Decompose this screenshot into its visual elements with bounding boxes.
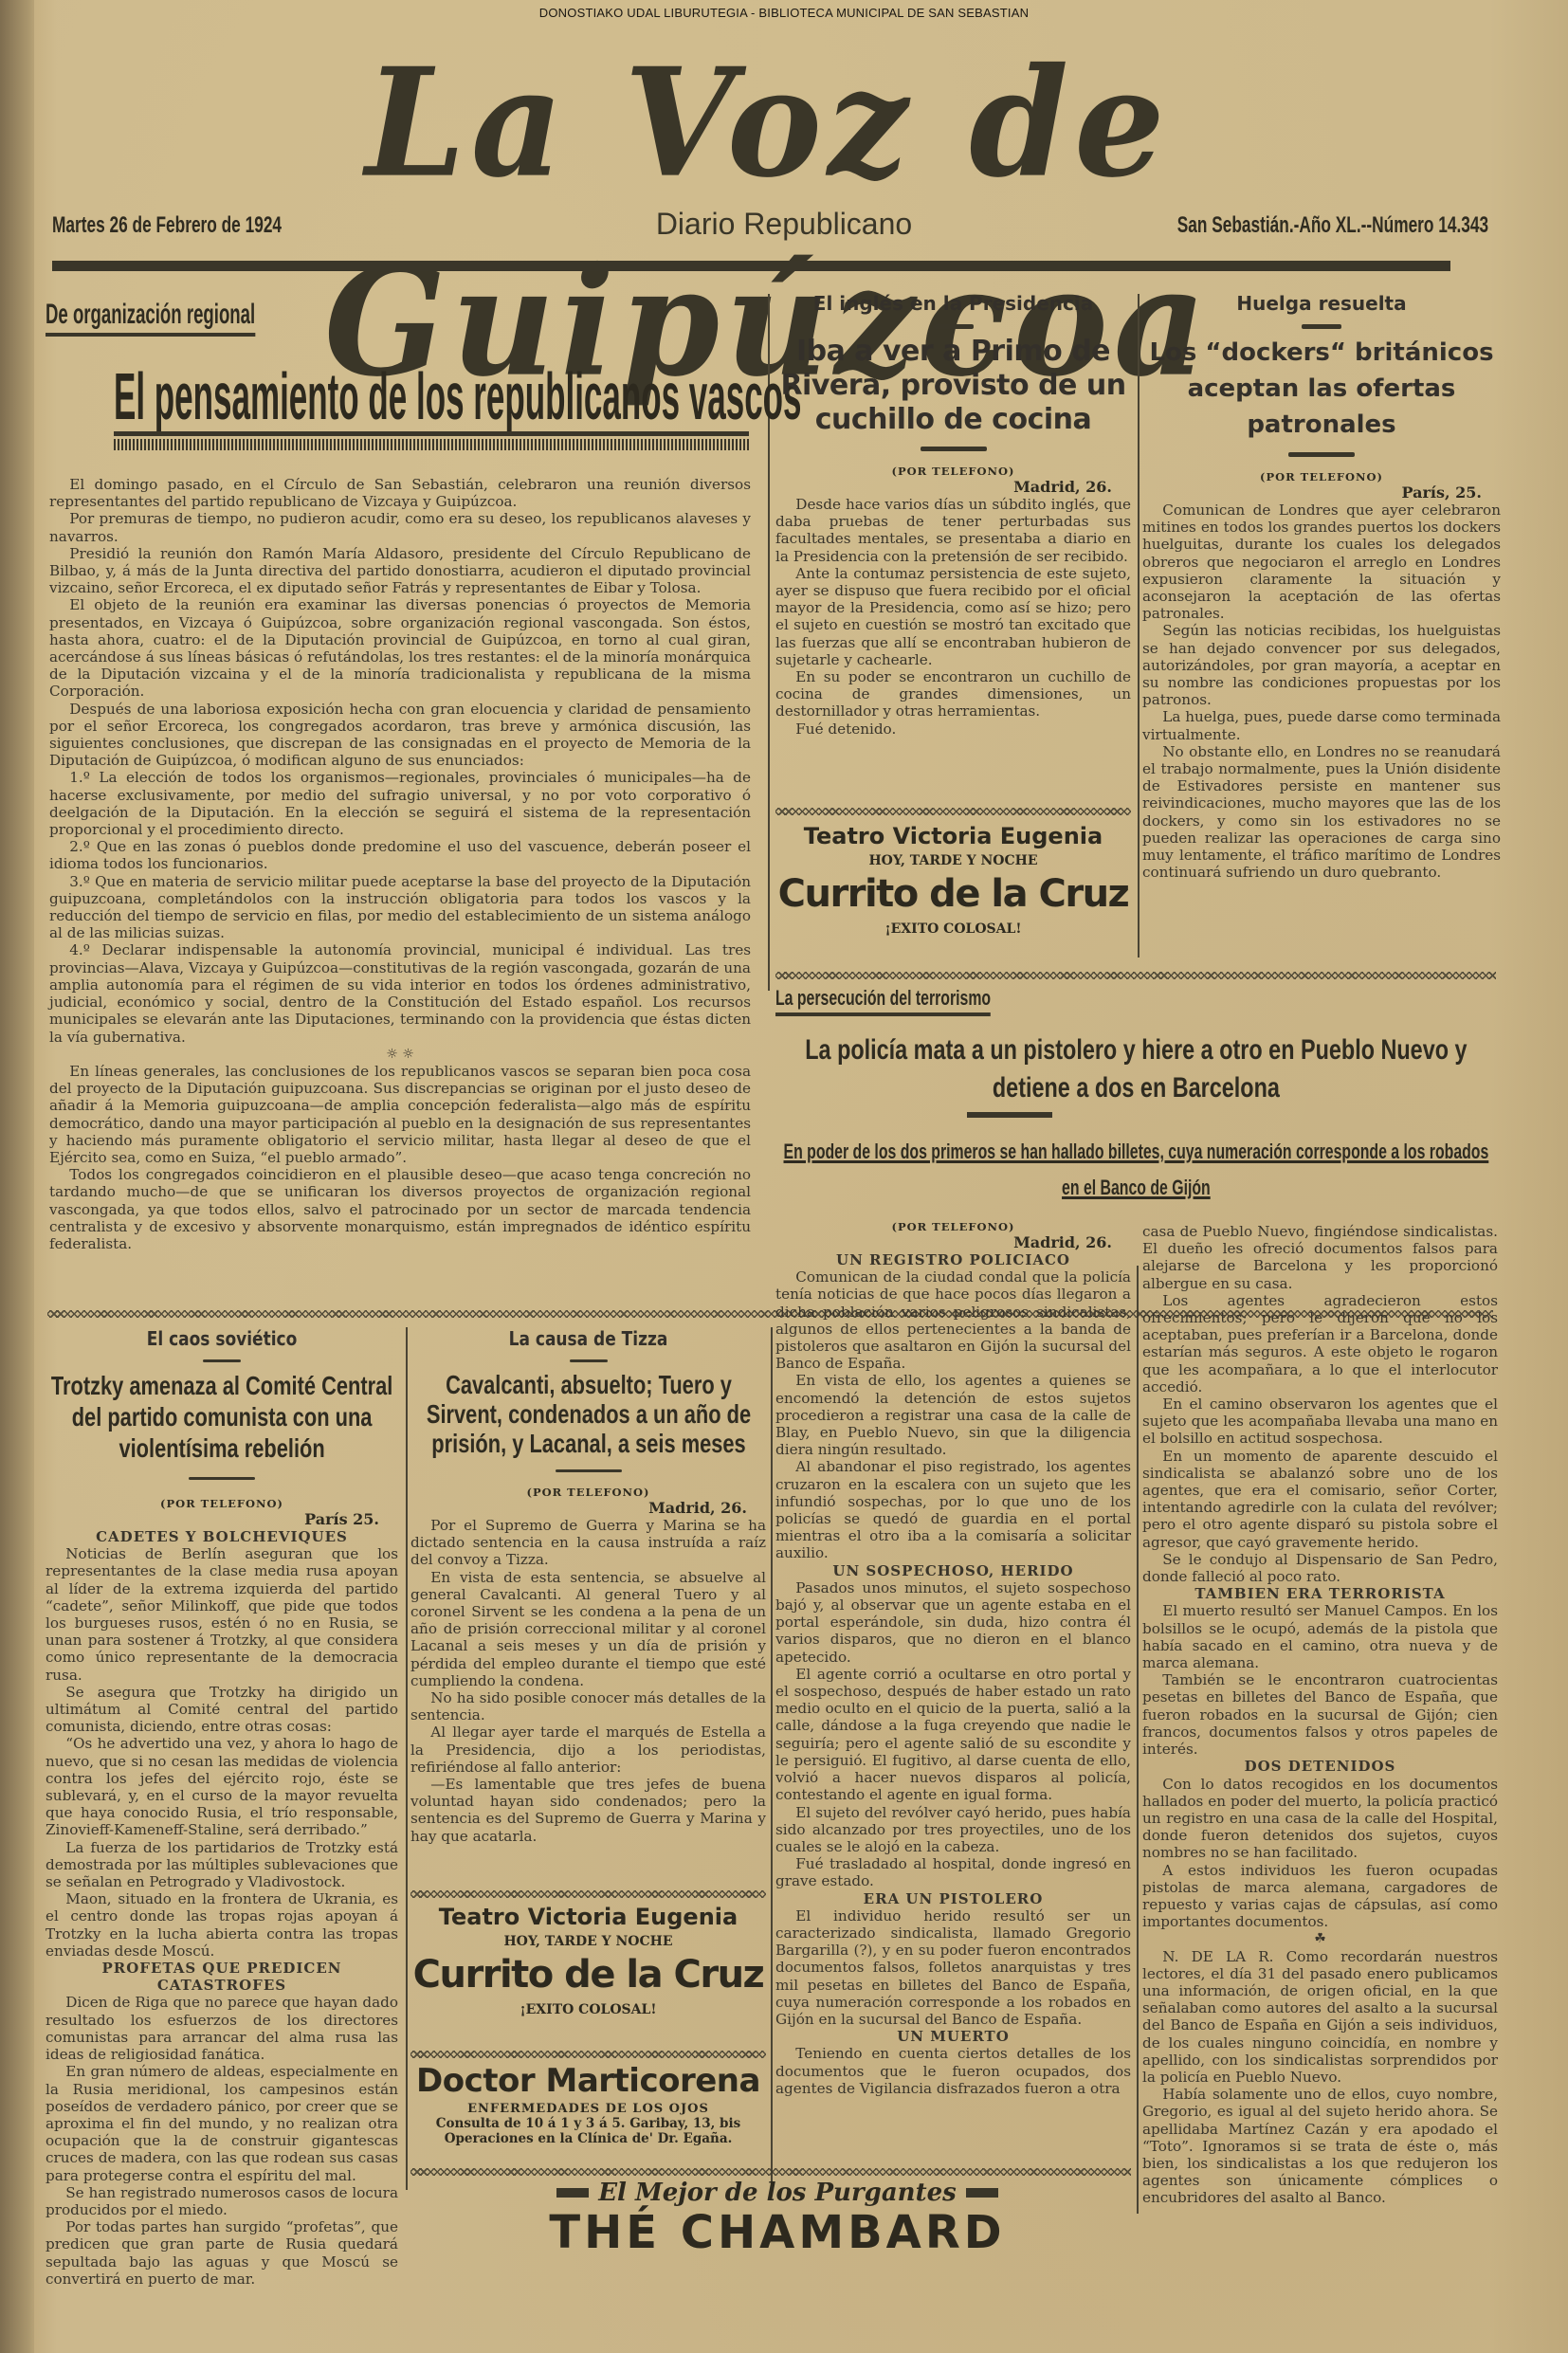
library-credit: DONOSTIAKO UDAL LIBURUTEGIA - BIBLIOTECA…	[0, 6, 1568, 20]
lead-kicker-wrap: De organización regional	[46, 299, 384, 337]
paragraph: La fuerza de los partidarios de Trotzky …	[46, 1839, 398, 1891]
lead-body: El domingo pasado, en el Círculo de San …	[49, 476, 751, 1252]
paragraph: Desde hace varios días un súbdito inglés…	[775, 496, 1131, 565]
issue-number: San Sebastián.-Año XL.--Número 14.343	[1177, 212, 1488, 239]
paragraph: Se han registrado numerosos casos de loc…	[46, 2184, 398, 2218]
chambard-slogan: El Mejor de los Purgantes	[598, 2179, 957, 2207]
doctor-ad: Doctor Marticorena ENFERMEDADES DE LOS O…	[410, 2062, 766, 2146]
paragraph: Había solamente uno de ellos, cuyo nombr…	[1142, 2086, 1498, 2206]
terror-deck-wrap: En poder de los dos primeros se han hall…	[775, 1134, 1496, 1206]
paragraph: Se le condujo al Dispensario de San Pedr…	[1142, 1551, 1498, 1585]
paragraph: N. DE LA R. Como recordarán nuestros lec…	[1142, 1948, 1498, 2087]
paragraph: Por premuras de tiempo, no pudieron acud…	[49, 510, 751, 544]
paragraph: Fué detenido.	[775, 720, 1131, 738]
paragraph: Después de una laboriosa exposición hech…	[49, 701, 751, 770]
trotzky-city: París 25.	[46, 1510, 398, 1528]
paragraph: Dicen de Riga que no parece que hayan da…	[46, 1994, 398, 2063]
subheading: UN MUERTO	[775, 2028, 1131, 2045]
paragraph: Los agentes agradecieron estos ofrecimie…	[1142, 1292, 1498, 1395]
theatre-show-title: Currito de la Cruz	[775, 872, 1131, 916]
terror-col2: casa de Pueblo Nuevo, fingiéndose sindic…	[1142, 1223, 1498, 2207]
paragraph: Presidió la reunión don Ramón María Alda…	[49, 545, 751, 597]
column-divider	[1137, 1266, 1139, 2214]
paragraph: Se asegura que Trotzky ha dirigido un ul…	[46, 1684, 398, 1736]
section-divider	[410, 1890, 766, 1898]
trotzky-article: El caos soviético Trotzky amenaza al Com…	[46, 1327, 398, 2288]
paragraph: El muerto resultó ser Manuel Campos. En …	[1142, 1602, 1498, 1671]
huelga-headline: Los “dockers“ británicos aceptan las ofe…	[1142, 335, 1501, 443]
paragraph: 3.º Que en materia de servicio militar p…	[49, 873, 751, 942]
headline-rule	[114, 431, 749, 436]
section-divider	[775, 808, 1131, 815]
paragraph: Ante la contumaz persistencia de este su…	[775, 565, 1131, 668]
theatre-ad: Teatro Victoria Eugenia HOY, TARDE Y NOC…	[775, 823, 1131, 937]
paragraph: Maon, situado en la frontera de Ukrania,…	[46, 1890, 398, 1960]
theatre-tagline: ¡EXITO COLOSAL!	[410, 2002, 766, 2017]
separator-ornament: ☘	[1142, 1930, 1498, 1947]
masthead-title: La Voz de Guipúzcoa	[47, 24, 1488, 223]
paragraph: Comunican de la ciudad condal que la pol…	[775, 1268, 1131, 1372]
paragraph: Por el Supremo de Guerra y Marina se ha …	[410, 1517, 766, 1569]
lead-headline: El pensamiento de los republicanos vasco…	[114, 358, 802, 434]
paragraph: Según las noticias recibidas, los huelgu…	[1142, 622, 1501, 708]
trotzky-kicker: El caos soviético	[72, 1327, 372, 1350]
paragraph: El domingo pasado, en el Círculo de San …	[49, 476, 751, 510]
paragraph: El sujeto del revólver cayó herido, pues…	[775, 1804, 1131, 1856]
ingles-telefono: (POR TELEFONO)	[775, 465, 1131, 478]
column-divider	[1138, 294, 1140, 958]
tizza-article: La causa de Tizza Cavalcanti, absuelto; …	[410, 1327, 766, 1845]
masthead-rule	[52, 261, 1450, 271]
paragraph: “Os he advertido una vez, y ahora lo hag…	[46, 1735, 398, 1838]
paragraph: El individuo herido resultó ser un carac…	[775, 1907, 1131, 2028]
subheading: UN SOSPECHOSO, HERIDO	[775, 1562, 1131, 1579]
terror-city: Madrid, 26.	[775, 1233, 1131, 1251]
tizza-telefono: (POR TELEFONO)	[410, 1486, 766, 1499]
theatre-when: HOY, TARDE Y NOCHE	[775, 853, 1131, 868]
huelga-telefono: (POR TELEFONO)	[1142, 470, 1501, 483]
ingles-body: Desde hace varios días un súbdito inglés…	[775, 496, 1131, 738]
paragraph: El agente corrió a ocultarse en otro por…	[775, 1666, 1131, 1804]
huelga-city: París, 25.	[1142, 483, 1501, 502]
theatre-name: Teatro Victoria Eugenia	[775, 823, 1131, 849]
subheading: ERA UN PISTOLERO	[775, 1890, 1131, 1907]
chambard-brand: THÉ CHAMBARD	[403, 2207, 1152, 2258]
paragraph: Pasados unos minutos, el sujeto sospecho…	[775, 1579, 1131, 1666]
paragraph: La huelga, pues, puede darse como termin…	[1142, 708, 1501, 742]
ornament	[1302, 324, 1341, 329]
tizza-headline: Cavalcanti, absuelto; Tuero y Sirvent, c…	[410, 1370, 765, 1458]
ingles-headline: Iba a ver a Primo de Rivera, provisto de…	[775, 335, 1131, 437]
tizza-kicker: La causa de Tizza	[437, 1327, 739, 1350]
chambard-ad: El Mejor de los Purgantes THÉ CHAMBARD	[403, 2179, 1152, 2258]
doctor-operations: Operaciones en la Clínica de' Dr. Egaña.	[410, 2131, 766, 2146]
subheading: DOS DETENIDOS	[1142, 1758, 1498, 1775]
theatre-ad-2: Teatro Victoria Eugenia HOY, TARDE Y NOC…	[410, 1904, 766, 2017]
ornament	[967, 1112, 1052, 1118]
terror-headline: La policía mata a un pistolero y hiere a…	[776, 1031, 1496, 1107]
paragraph: Todos los congregados coincidieron en el…	[49, 1166, 751, 1252]
ornament	[1288, 452, 1355, 457]
ornament	[556, 1469, 622, 1472]
ingles-article: El inglés en la Presidencia Iba a ver a …	[775, 292, 1131, 738]
paragraph: 2.º Que en las zonas ó pueblos donde pre…	[49, 838, 751, 872]
ornament-bar	[966, 2188, 998, 2198]
huelga-body: Comunican de Londres que ayer celebraron…	[1142, 502, 1501, 881]
terror-body-col2: casa de Pueblo Nuevo, fingiéndose sindic…	[1142, 1223, 1498, 2207]
trotzky-body: CADETES Y BOLCHEVIQUESNoticias de Berlín…	[46, 1528, 398, 2288]
paragraph: Fué trasladado al hospital, donde ingres…	[775, 1855, 1131, 1889]
subheading: UN REGISTRO POLICIACO	[775, 1251, 1131, 1268]
column-divider	[406, 1327, 408, 2190]
paragraph: —Es lamentable que tres jefes de buena v…	[410, 1776, 766, 1845]
paragraph: El objeto de la reunión era examinar las…	[49, 596, 751, 700]
paragraph: En el camino observaron los agentes que …	[1142, 1395, 1498, 1448]
paragraph: Noticias de Berlín aseguran que los repr…	[46, 1545, 398, 1684]
terror-body-col1: UN REGISTRO POLICIACOComunican de la ciu…	[775, 1251, 1131, 2097]
newspaper-page: DONOSTIAKO UDAL LIBURUTEGIA - BIBLIOTECA…	[0, 0, 1568, 2353]
headline-hatch	[114, 439, 749, 450]
trotzky-telefono: (POR TELEFONO)	[46, 1497, 398, 1510]
ingles-city: Madrid, 26.	[775, 478, 1131, 496]
tizza-city: Madrid, 26.	[410, 1499, 766, 1517]
theatre-tagline: ¡EXITO COLOSAL!	[775, 921, 1131, 937]
paragraph: En su poder se encontraron un cuchillo d…	[775, 668, 1131, 720]
paragraph: 4.º Declarar indispensable la autonomía …	[49, 941, 751, 1045]
ornament	[570, 1359, 608, 1362]
ornament	[189, 1477, 255, 1480]
page-spine	[0, 0, 34, 2353]
doctor-specialty: ENFERMEDADES DE LOS OJOS	[410, 2102, 766, 2116]
subheading: TAMBIEN ERA TERRORISTA	[1142, 1585, 1498, 1602]
lead-kicker: De organización regional	[46, 299, 255, 337]
ornament	[921, 447, 987, 451]
paragraph: casa de Pueblo Nuevo, fingiéndose sindic…	[1142, 1223, 1498, 1292]
terror-col1: (POR TELEFONO) Madrid, 26. UN REGISTRO P…	[775, 1220, 1131, 2097]
tizza-body: Por el Supremo de Guerra y Marina se ha …	[410, 1517, 766, 1845]
section-divider	[775, 972, 1496, 979]
huelga-kicker: Huelga resuelta	[1142, 292, 1501, 315]
separator-stars: ☼ ☼	[49, 1046, 751, 1063]
paragraph: Teniendo en cuenta ciertos detalles de l…	[775, 2045, 1131, 2097]
paragraph: En líneas generales, las conclusiones de…	[49, 1063, 751, 1166]
paragraph: En gran número de aldeas, especialmente …	[46, 2063, 398, 2183]
ingles-kicker: El inglés en la Presidencia	[775, 292, 1131, 315]
huelga-article: Huelga resuelta Los “dockers“ británicos…	[1142, 292, 1501, 881]
paragraph: Comunican de Londres que ayer celebraron…	[1142, 502, 1501, 622]
terror-telefono: (POR TELEFONO)	[775, 1220, 1131, 1233]
theatre-name: Teatro Victoria Eugenia	[410, 1904, 766, 1930]
paragraph: Por todas partes han surgido “profetas”,…	[46, 2218, 398, 2288]
paragraph: Con lo datos recogidos en los documentos…	[1142, 1776, 1498, 1862]
paragraph: Al llegar ayer tarde el marqués de Estel…	[410, 1724, 766, 1776]
theatre-when: HOY, TARDE Y NOCHE	[410, 1934, 766, 1949]
paragraph: A estos individuos les fueron ocupadas p…	[1142, 1862, 1498, 1931]
section-divider	[410, 2168, 1131, 2176]
doctor-hours: Consulta de 10 á 1 y 3 á 5. Garibay, 13,…	[410, 2116, 766, 2131]
paragraph: No ha sido posible conocer más detalles …	[410, 1689, 766, 1724]
column-divider	[771, 1327, 773, 2190]
terror-headline-wrap: La policía mata a un pistolero y hiere a…	[775, 1031, 1496, 1107]
paragraph: Al abandonar el piso registrado, los age…	[775, 1458, 1131, 1561]
subheading: CADETES Y BOLCHEVIQUES	[46, 1528, 398, 1545]
subheading: PROFETAS QUE PREDICEN CATASTROFES	[46, 1960, 398, 1994]
paragraph: También se le encontraron cuatrocientas …	[1142, 1671, 1498, 1758]
doctor-name: Doctor Marticorena	[410, 2062, 766, 2100]
paragraph: En un momento de aparente descuido el si…	[1142, 1448, 1498, 1551]
theatre-show-title: Currito de la Cruz	[410, 1953, 766, 1997]
terror-deck: En poder de los dos primeros se han hall…	[777, 1134, 1493, 1206]
trotzky-headline: Trotzky amenaza al Comité Central del pa…	[46, 1370, 397, 1464]
paragraph: En vista de esta sentencia, se absuelve …	[410, 1569, 766, 1689]
ornament-bar	[556, 2188, 589, 2198]
paragraph: En vista de ello, los agentes a quienes …	[775, 1372, 1131, 1458]
terror-kicker: La persecución del terrorismo	[775, 986, 991, 1016]
terror-kicker-wrap: La persecución del terrorismo	[775, 986, 1074, 1016]
section-divider	[410, 2051, 766, 2058]
ornament	[934, 324, 974, 329]
paragraph: No obstante ello, en Londres no se reanu…	[1142, 743, 1501, 882]
paragraph: 1.º La elección de todos los organismos—…	[49, 769, 751, 838]
ornament	[203, 1359, 241, 1362]
